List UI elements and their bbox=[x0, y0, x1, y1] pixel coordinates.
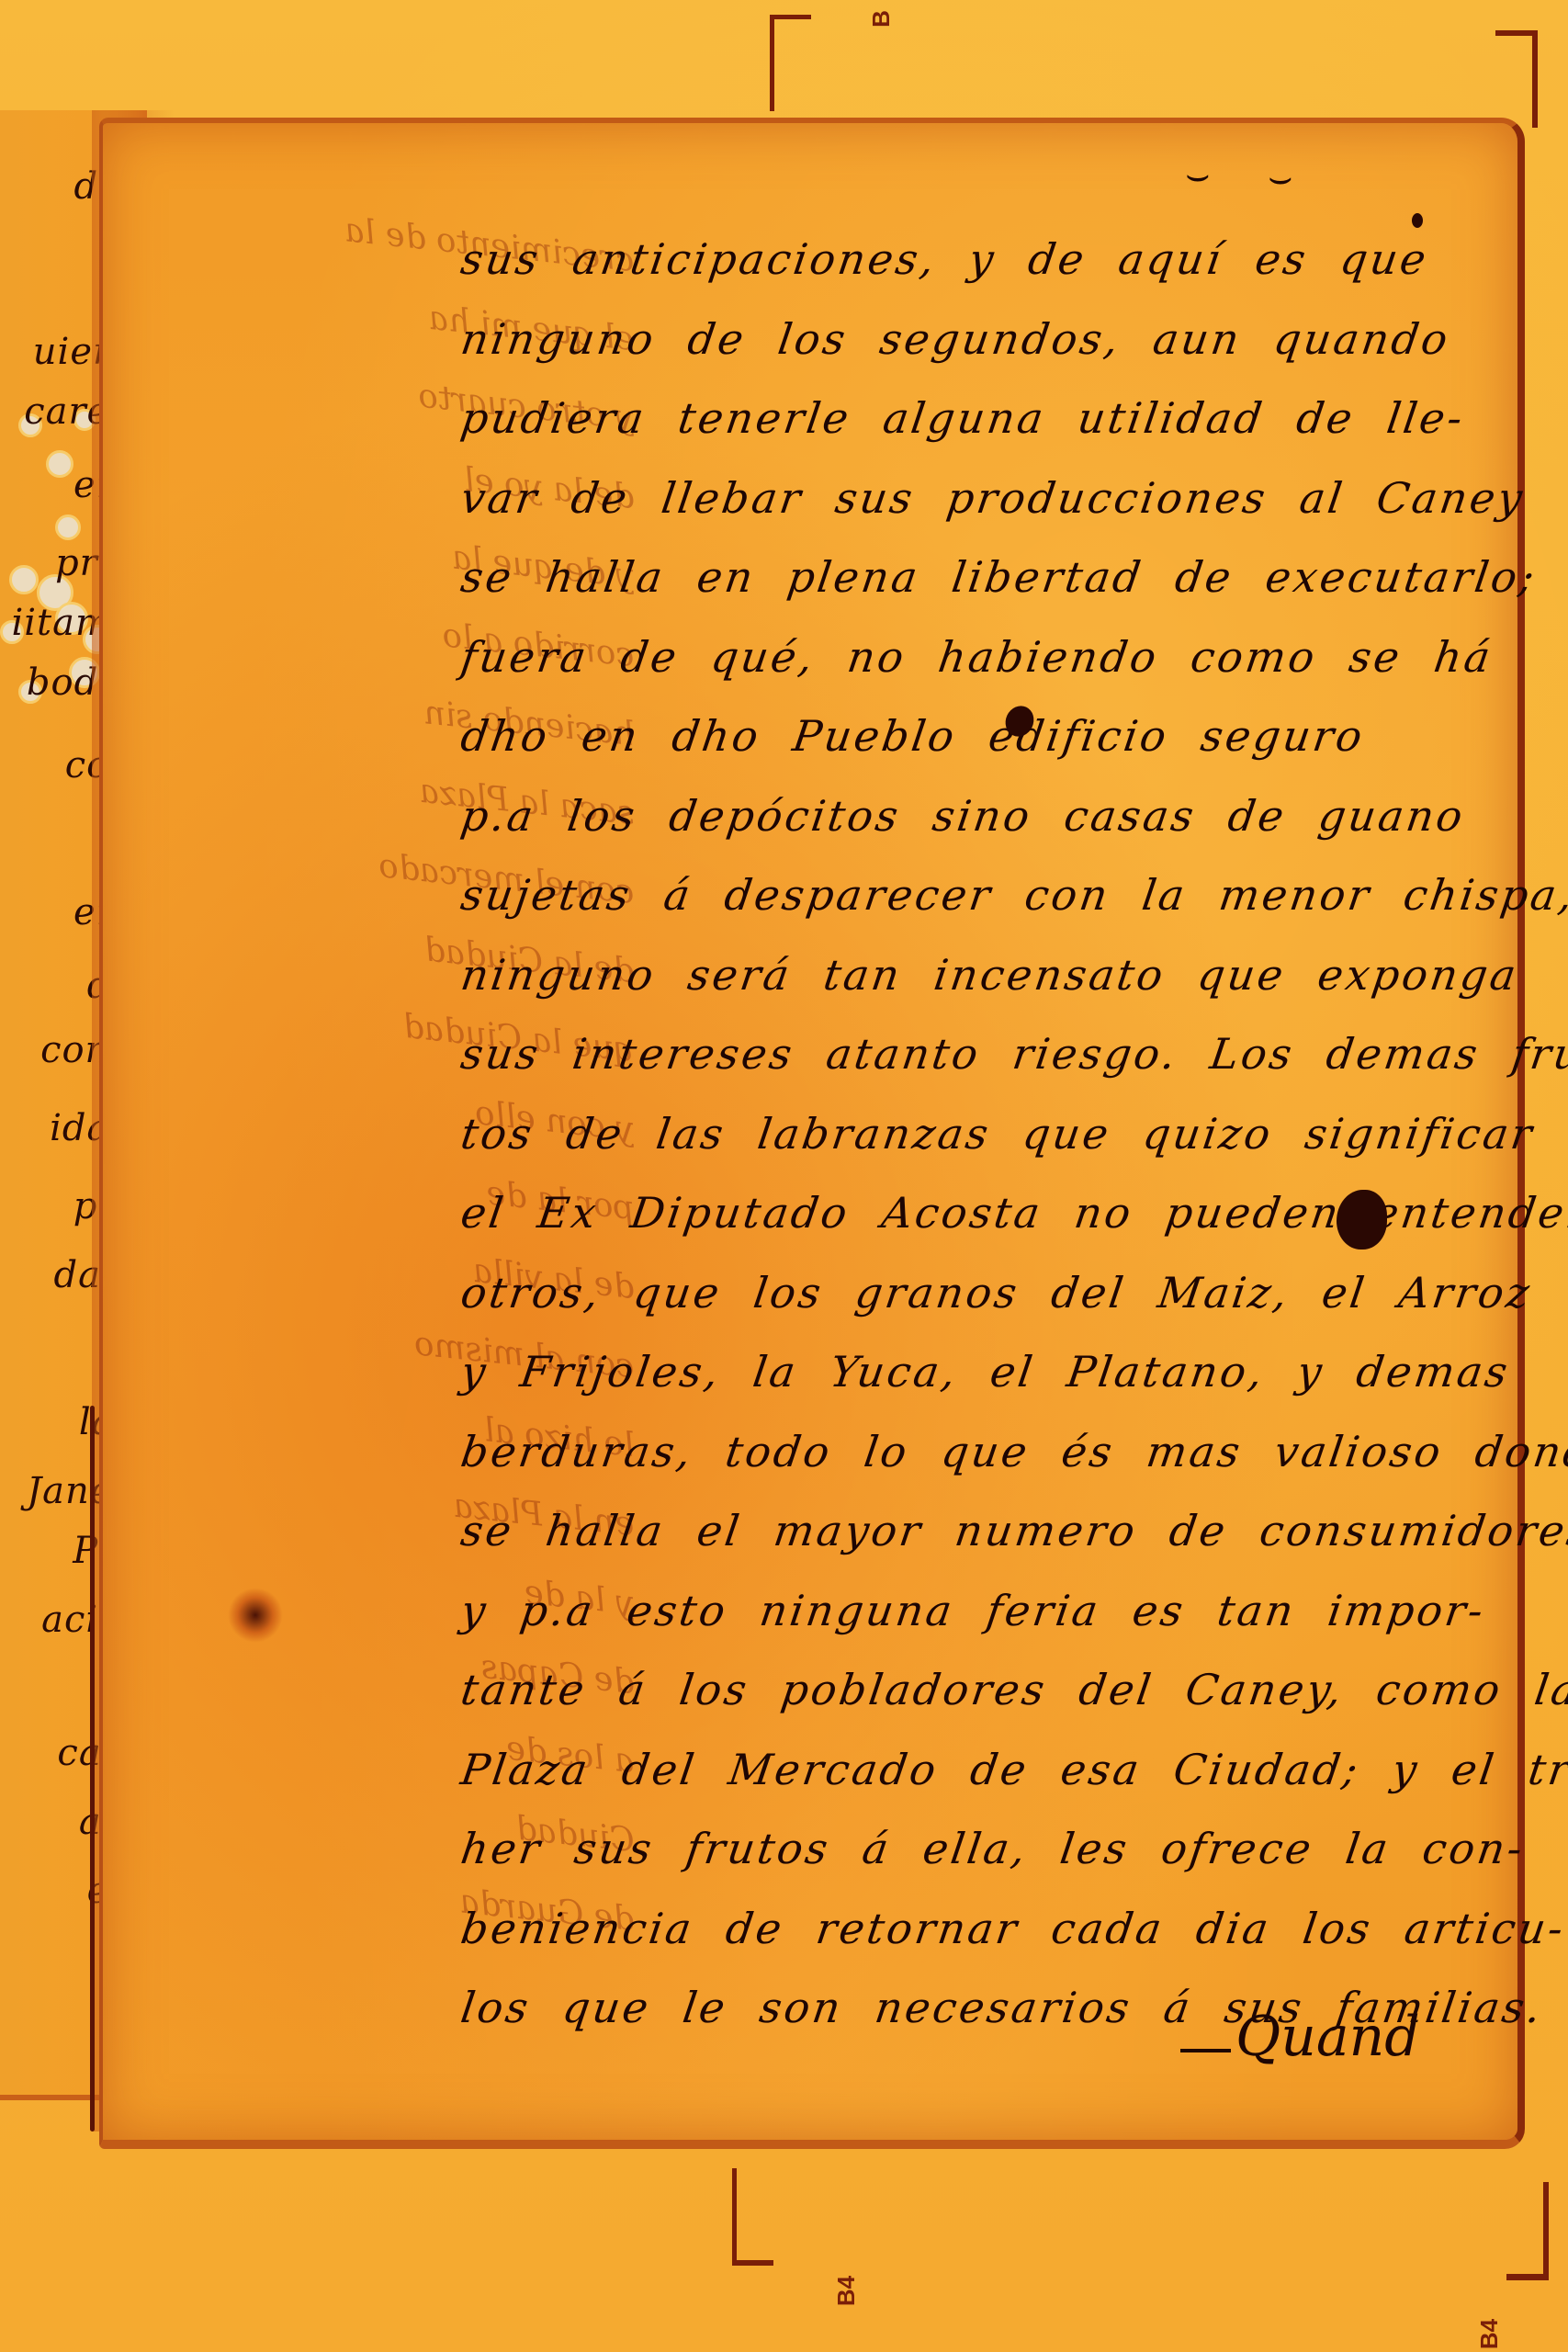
manuscript-line: sujetas á desparecer con la menor chispa… bbox=[454, 870, 1494, 950]
manuscript-line: y p.a esto ninguna feria es tan impor- bbox=[454, 1586, 1494, 1666]
hole bbox=[46, 450, 73, 478]
manuscript-line: y Frijoles, la Yuca, el Platano, y demas bbox=[454, 1347, 1494, 1427]
ink-dot bbox=[1412, 213, 1423, 228]
manuscript-line: beniencia de retornar cada dia los artic… bbox=[454, 1904, 1494, 1984]
crop-label-top: B bbox=[867, 10, 896, 28]
crop-mark-top-left bbox=[770, 15, 811, 111]
binding-thread bbox=[90, 1406, 95, 2131]
manuscript-line: tos de las labranzas que quizo significa… bbox=[454, 1109, 1494, 1189]
crop-mark-bottom-left bbox=[732, 2168, 773, 2266]
ink-blot bbox=[1337, 1190, 1387, 1249]
hole bbox=[55, 514, 81, 540]
manuscript-line: pudiera tenerle alguna utilidad de lle- bbox=[454, 393, 1494, 473]
crop-label-bottom-right: B4 bbox=[1475, 2319, 1504, 2349]
ink-mark: ⌣ bbox=[1185, 152, 1211, 198]
manuscript-text: sus anticipaciones, y de aquí es que nin… bbox=[459, 234, 1488, 2063]
ink-stain bbox=[228, 1588, 283, 1643]
manuscript-line: ninguno será tan incensato que exponga bbox=[454, 950, 1494, 1030]
hole bbox=[9, 565, 39, 594]
manuscript-line: se halla el mayor numero de consumidores bbox=[454, 1506, 1494, 1586]
crop-mark-bottom-right bbox=[1506, 2182, 1549, 2280]
ink-mark: ⌣ bbox=[1268, 154, 1293, 200]
manuscript-line: ninguno de los segundos, aun quando bbox=[454, 314, 1494, 394]
crop-label-bottom-left: B4 bbox=[832, 2276, 861, 2306]
crop-mark-top-right bbox=[1495, 30, 1538, 128]
manuscript-line: tante á los pobladores del Caney, como l… bbox=[454, 1665, 1494, 1745]
manuscript-line: otros, que los granos del Maiz, el Arroz bbox=[454, 1268, 1494, 1348]
manuscript-line: berduras, todo lo que és mas valioso don… bbox=[454, 1427, 1494, 1507]
manuscript-line: se halla en plena libertad de executarlo… bbox=[454, 552, 1494, 632]
manuscript-line: var de llebar sus producciones al Caney bbox=[454, 473, 1494, 553]
manuscript-line: sus intereses atanto riesgo. Los demas f… bbox=[454, 1029, 1494, 1109]
manuscript-line: dho en dho Pueblo edificio seguro bbox=[454, 711, 1494, 791]
manuscript-line: sus anticipaciones, y de aquí es que bbox=[454, 234, 1494, 314]
manuscript-line: her sus frutos á ella, les ofrece la con… bbox=[454, 1824, 1494, 1904]
manuscript-line: fuera de qué, no habiendo como se há bbox=[454, 632, 1494, 712]
manuscript-line: Plaza del Mercado de esa Ciudad; y el tr… bbox=[454, 1745, 1494, 1825]
catchword: Quand bbox=[1235, 2005, 1420, 2069]
manuscript-line: p.a los depócitos sino casas de guano bbox=[454, 791, 1494, 871]
